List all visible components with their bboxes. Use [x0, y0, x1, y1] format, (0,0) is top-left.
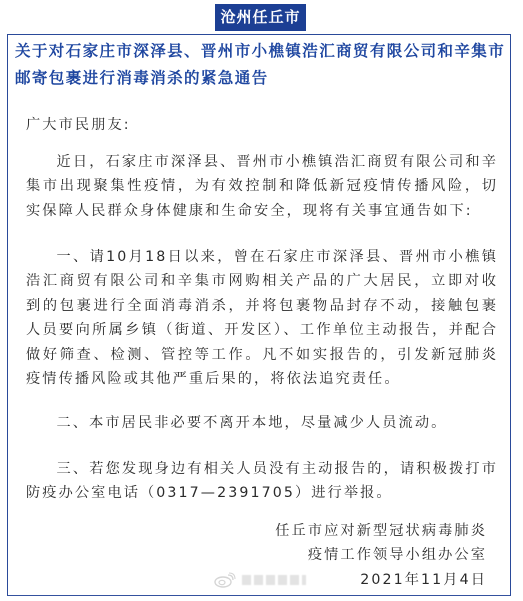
- signature-block: 任丘市应对新型冠状病毒肺炎 疫情工作领导小组办公室 2021年11月4日: [275, 519, 487, 592]
- signature-org-line1: 任丘市应对新型冠状病毒肺炎: [275, 519, 487, 543]
- signature-date: 2021年11月4日: [275, 568, 487, 592]
- watermark-text-blurred: [242, 575, 306, 585]
- signature-org-line2: 疫情工作领导小组办公室: [275, 543, 487, 567]
- weibo-icon: [214, 572, 236, 588]
- intro-paragraph: 近日，石家庄市深泽县、晋州市小樵镇浩汇商贸有限公司和辛集市出现聚集性疫情，为有效…: [26, 150, 498, 223]
- notice-title: 关于对石家庄市深泽县、晋州市小樵镇浩汇商贸有限公司和辛集市邮寄包裹进行消毒消杀的…: [15, 38, 507, 92]
- item-two-paragraph: 二、本市居民非必要不离开本地，尽量减少人员流动。: [26, 411, 498, 435]
- item-one-paragraph: 一、请10月18日以来，曾在石家庄市深泽县、晋州市小樵镇浩汇商贸有限公司和辛集市…: [26, 245, 498, 391]
- watermark: [214, 572, 306, 588]
- salutation: 广大市民朋友:: [26, 113, 498, 137]
- item-three-paragraph: 三、若您发现身边有相关人员没有主动报告的，请积极拨打市防疫办公室电话（0317—…: [26, 457, 498, 506]
- region-badge: 沧州任丘市: [215, 4, 306, 31]
